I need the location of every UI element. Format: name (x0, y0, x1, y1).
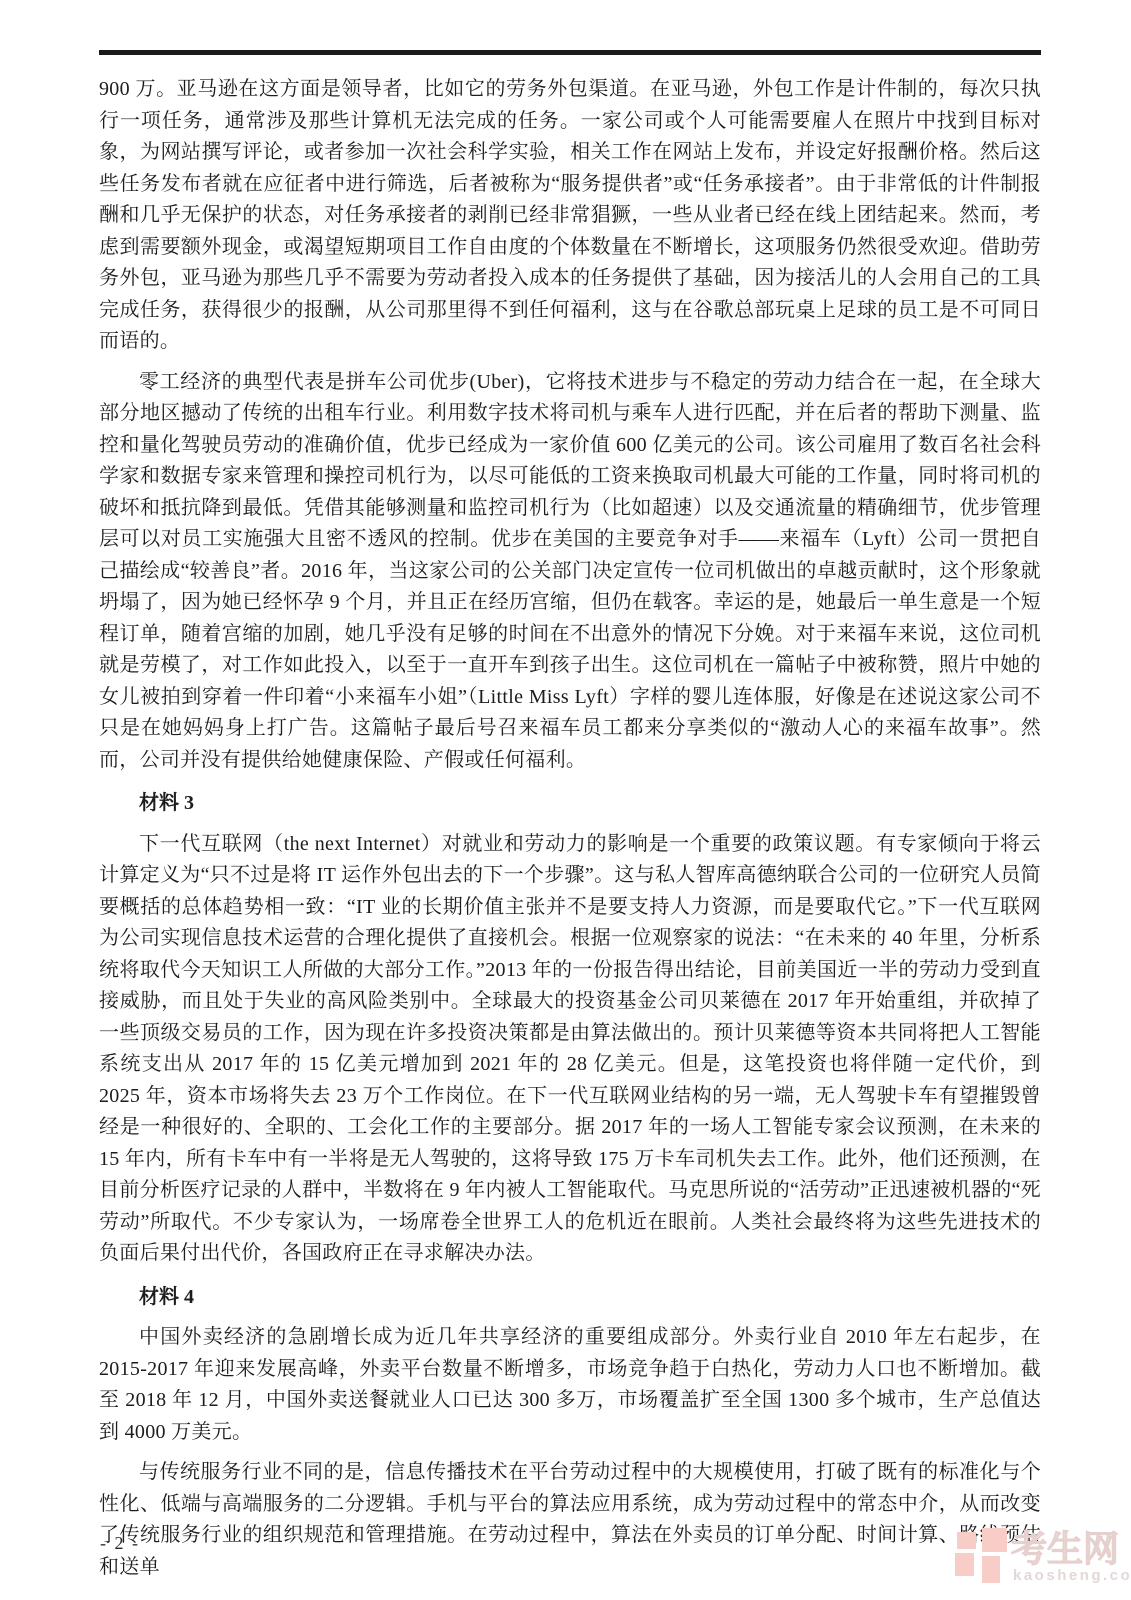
kaosheng-logo-icon (945, 1528, 1007, 1586)
body-paragraph-gig-economy: 零工经济的典型代表是拼车公司优步(Uber)，它将技术进步与不稳定的劳动力结合在… (99, 367, 1041, 777)
body-paragraph-next-internet: 下一代互联网（the next Internet）对就业和劳动力的影响是一个重要… (99, 829, 1041, 1270)
body-paragraph-platform-labor: 与传统服务行业不同的是，信息传播技术在平台劳动过程中的大规模使用，打破了既有的标… (99, 1457, 1041, 1583)
document-page: 900 万。亚马逊在这方面是领导者，比如它的劳务外包渠道。在亚马逊，外包工作是计… (0, 0, 1131, 1600)
material-3-heading: 材料 3 (99, 788, 1041, 820)
logo-square-top-left (957, 1532, 976, 1549)
logo-square-top-right (982, 1528, 1007, 1552)
page-content: 900 万。亚马逊在这方面是领导者，比如它的劳务外包渠道。在亚马逊，外包工作是计… (99, 50, 1041, 1583)
body-paragraph-delivery-economy: 中国外卖经济的急剧增长成为近几年共享经济的重要组成部分。外卖行业自 2010 年… (99, 1322, 1041, 1448)
logo-square-bottom-right (982, 1556, 1000, 1583)
page-number: - 2 - (100, 1533, 140, 1554)
header-divider (99, 50, 1041, 55)
body-paragraph-continuation: 900 万。亚马逊在这方面是领导者，比如它的劳务外包渠道。在亚马逊，外包工作是计… (99, 74, 1041, 358)
material-4-heading: 材料 4 (99, 1282, 1041, 1314)
kaosheng-site-url: kaosheng.com (1013, 1567, 1131, 1584)
logo-square-bottom-left (955, 1553, 974, 1576)
kaosheng-watermark: 考生网 kaosheng.com (945, 1528, 1125, 1590)
kaosheng-site-name: 考生网 (1011, 1530, 1119, 1568)
